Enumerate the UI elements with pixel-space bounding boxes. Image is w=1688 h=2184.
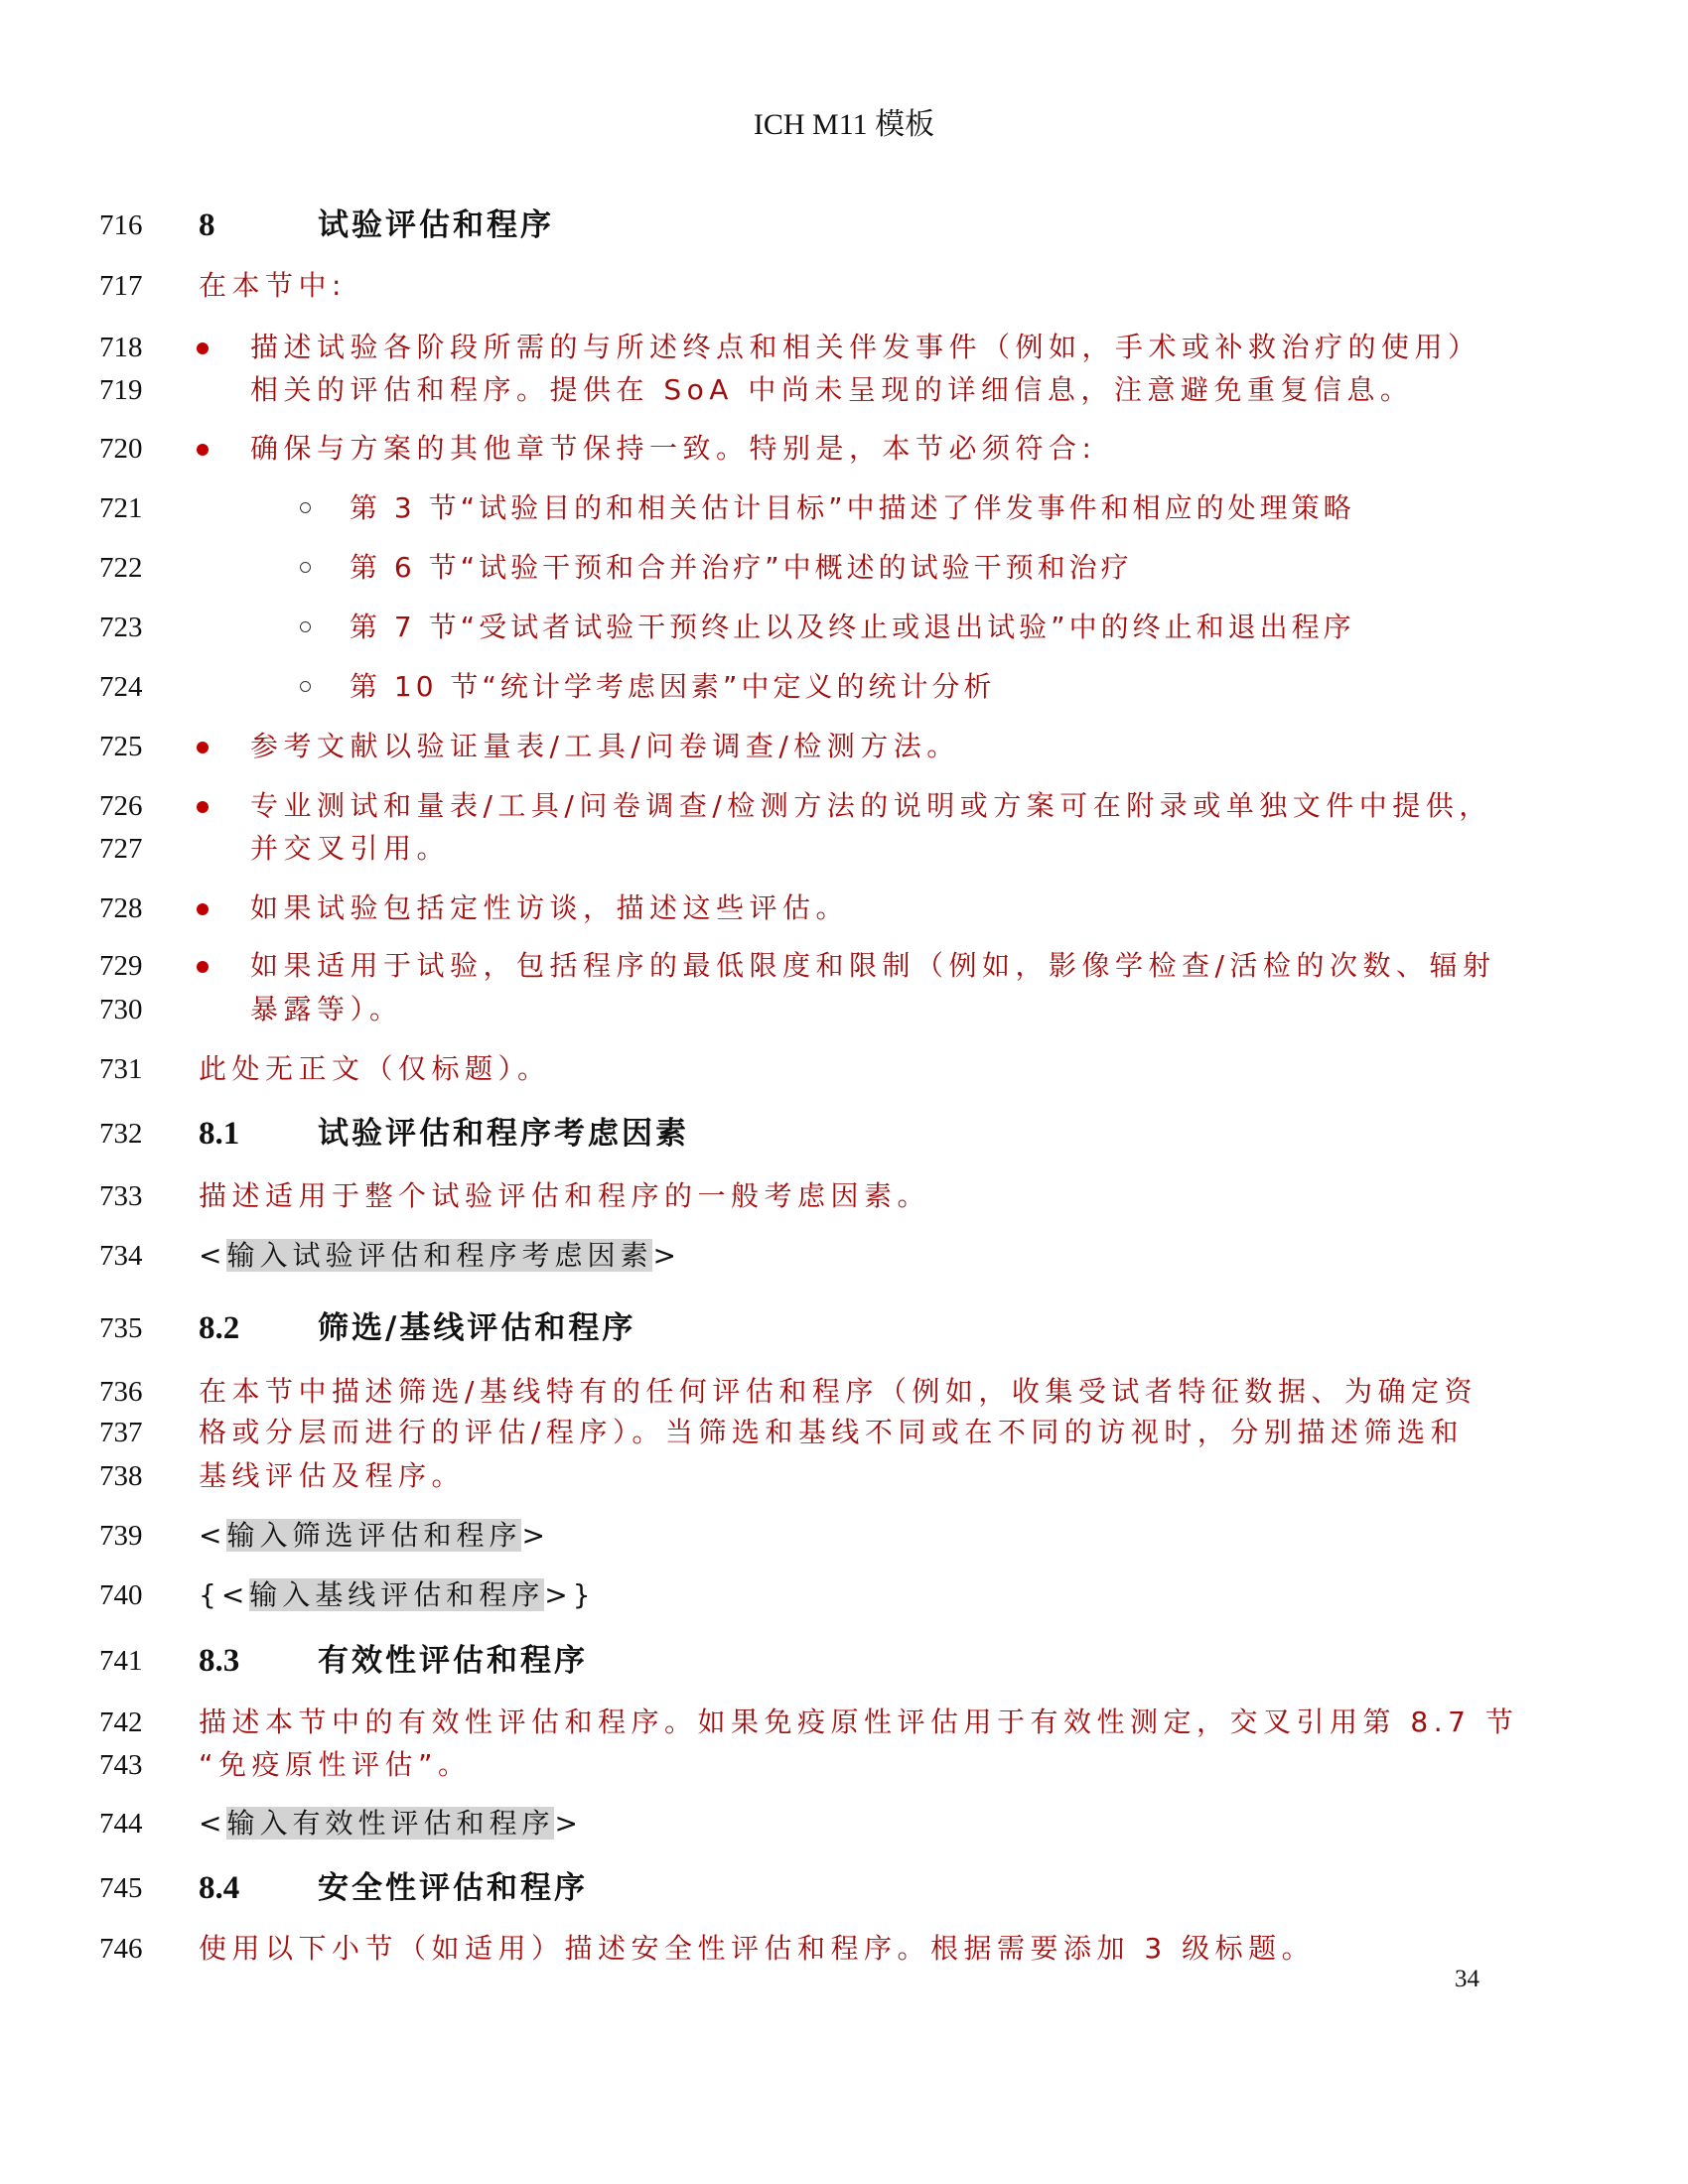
line-number: 726: [99, 786, 159, 826]
line-number: 734: [99, 1236, 159, 1276]
subbullet-line: 721 第 3 节“试验目的和相关估计目标”中描述了伴发事件和相应的处理策略: [0, 488, 1688, 528]
placeholder-line: 734 <输入试验评估和程序考虑因素>: [0, 1236, 1688, 1276]
line-number: 730: [99, 990, 159, 1029]
instruction-text: 基线评估及程序。: [199, 1456, 465, 1496]
line-number: 742: [99, 1703, 159, 1742]
hollow-bullet-icon: [300, 502, 311, 513]
instruction-line: 733 描述适用于整个试验评估和程序的一般考虑因素。: [0, 1176, 1688, 1216]
line-number: 736: [99, 1372, 159, 1412]
instruction-line: 737 格或分层而进行的评估/程序）。当筛选和基线不同或在不同的访视时，分别描述…: [0, 1413, 1688, 1452]
placeholder-line: 744 <输入有效性评估和程序>: [0, 1804, 1688, 1843]
bullet-line: 718 描述试验各阶段所需的与所述终点和相关伴发事件（例如，手术或补救治疗的使用…: [0, 328, 1688, 367]
placeholder-line: 740 {<输入基线评估和程序>}: [0, 1575, 1688, 1615]
instruction-text: 格或分层而进行的评估/程序）。当筛选和基线不同或在不同的访视时，分别描述筛选和: [199, 1413, 1464, 1452]
bullet-icon: [197, 444, 209, 456]
placeholder-line: 739 <输入筛选评估和程序>: [0, 1516, 1688, 1556]
line-number: 723: [99, 608, 159, 647]
line-number: 720: [99, 429, 159, 469]
placeholder-field[interactable]: <输入试验评估和程序考虑因素>: [199, 1236, 681, 1276]
placeholder-text[interactable]: 输入有效性评估和程序: [226, 1807, 554, 1840]
line-number: 717: [99, 266, 159, 306]
bullet-icon: [197, 961, 209, 973]
bullet-icon: [197, 801, 209, 813]
section-title: 试验评估和程序考虑因素: [318, 1114, 689, 1154]
line-number: 716: [99, 205, 159, 245]
placeholder-close-bracket: >}: [544, 1578, 595, 1611]
bullet-text: 如果适用于试验，包括程序的最低限度和限制（例如，影像学检查/活检的次数、辐射: [250, 946, 1495, 986]
page-number: 34: [1455, 1966, 1479, 1993]
line-number: 740: [99, 1575, 159, 1615]
subbullet-text: 第 3 节“试验目的和相关估计目标”中描述了伴发事件和相应的处理策略: [350, 488, 1355, 528]
bullet-text: 参考文献以验证量表/工具/问卷调查/检测方法。: [250, 727, 960, 766]
line-number: 718: [99, 328, 159, 367]
subbullet-text: 第 7 节“受试者试验干预终止以及终止或退出试验”中的终止和退出程序: [350, 608, 1355, 647]
bullet-continuation-line: 730 暴露等）。: [0, 990, 1688, 1029]
section-title: 安全性评估和程序: [318, 1868, 588, 1908]
instruction-text: 描述适用于整个试验评估和程序的一般考虑因素。: [199, 1176, 930, 1216]
heading-line: 716 8 试验评估和程序: [0, 205, 1688, 245]
section-number: 8.4: [199, 1868, 239, 1908]
instruction-line: 746 使用以下小节（如适用）描述安全性评估和程序。根据需要添加 3 级标题。: [0, 1929, 1688, 1969]
bullet-line: 725 参考文献以验证量表/工具/问卷调查/检测方法。: [0, 727, 1688, 766]
instruction-line: 717 在本节中:: [0, 266, 1688, 306]
line-number: 744: [99, 1804, 159, 1843]
heading-line: 741 8.3 有效性评估和程序: [0, 1641, 1688, 1681]
hollow-bullet-icon: [300, 562, 311, 573]
instruction-line: 742 描述本节中的有效性评估和程序。如果免疫原性评估用于有效性测定，交叉引用第…: [0, 1703, 1688, 1742]
instruction-line: 738 基线评估及程序。: [0, 1456, 1688, 1496]
instruction-text: 使用以下小节（如适用）描述安全性评估和程序。根据需要添加 3 级标题。: [199, 1929, 1315, 1969]
line-number: 721: [99, 488, 159, 528]
bullet-continuation-line: 727 并交叉引用。: [0, 829, 1688, 869]
section-title: 筛选/基线评估和程序: [318, 1308, 635, 1348]
line-number: 724: [99, 667, 159, 707]
line-number: 735: [99, 1308, 159, 1348]
line-number: 728: [99, 888, 159, 928]
bullet-text: 如果试验包括定性访谈，描述这些评估。: [250, 888, 849, 928]
section-title: 有效性评估和程序: [318, 1641, 588, 1681]
subbullet-text: 第 10 节“统计学考虑因素”中定义的统计分析: [350, 667, 995, 707]
line-number: 746: [99, 1929, 159, 1969]
line-number: 738: [99, 1456, 159, 1496]
bullet-line: 728 如果试验包括定性访谈，描述这些评估。: [0, 888, 1688, 928]
placeholder-close-bracket: >: [521, 1519, 549, 1552]
instruction-text: 描述本节中的有效性评估和程序。如果免疫原性评估用于有效性测定，交叉引用第 8.7…: [199, 1703, 1518, 1742]
bullet-text: 专业测试和量表/工具/问卷调查/检测方法的说明或方案可在附录或单独文件中提供，: [250, 786, 1492, 826]
subbullet-line: 723 第 7 节“受试者试验干预终止以及终止或退出试验”中的终止和退出程序: [0, 608, 1688, 647]
line-number: 745: [99, 1868, 159, 1908]
bullet-continuation-line: 719 相关的评估和程序。提供在 SoA 中尚未呈现的详细信息，注意避免重复信息…: [0, 370, 1688, 410]
bullet-text: 相关的评估和程序。提供在 SoA 中尚未呈现的详细信息，注意避免重复信息。: [250, 370, 1413, 410]
bullet-text: 确保与方案的其他章节保持一致。特别是，本节必须符合:: [250, 429, 1096, 469]
placeholder-text[interactable]: 输入试验评估和程序考虑因素: [226, 1239, 652, 1272]
subbullet-line: 722 第 6 节“试验干预和合并治疗”中概述的试验干预和治疗: [0, 548, 1688, 588]
instruction-text: 在本节中:: [199, 266, 347, 306]
bullet-text: 并交叉引用。: [250, 829, 450, 869]
section-number: 8.3: [199, 1641, 239, 1681]
section-number: 8.2: [199, 1308, 239, 1348]
line-number: 719: [99, 370, 159, 410]
section-title: 试验评估和程序: [318, 205, 554, 245]
placeholder-open-bracket: <: [199, 1519, 226, 1552]
line-number: 731: [99, 1049, 159, 1089]
instruction-line: 736 在本节中描述筛选/基线特有的任何评估和程序（例如，收集受试者特征数据、为…: [0, 1372, 1688, 1412]
hollow-bullet-icon: [300, 621, 311, 632]
line-number: 741: [99, 1641, 159, 1681]
subbullet-line: 724 第 10 节“统计学考虑因素”中定义的统计分析: [0, 667, 1688, 707]
subbullet-text: 第 6 节“试验干预和合并治疗”中概述的试验干预和治疗: [350, 548, 1133, 588]
heading-line: 735 8.2 筛选/基线评估和程序: [0, 1308, 1688, 1348]
bullet-text: 描述试验各阶段所需的与所述终点和相关伴发事件（例如，手术或补救治疗的使用）: [250, 328, 1481, 367]
instruction-line: 731 此处无正文（仅标题）。: [0, 1049, 1688, 1089]
placeholder-open-bracket: <: [199, 1239, 226, 1272]
page-header: ICH M11 模板: [0, 99, 1688, 143]
placeholder-text[interactable]: 输入筛选评估和程序: [226, 1519, 521, 1552]
bullet-icon: [197, 903, 209, 915]
bullet-line: 729 如果适用于试验，包括程序的最低限度和限制（例如，影像学检查/活检的次数、…: [0, 946, 1688, 986]
instruction-text: “免疫原性评估”。: [199, 1745, 472, 1785]
placeholder-open-bracket: <: [199, 1807, 226, 1840]
bullet-text: 暴露等）。: [250, 990, 403, 1029]
optional-placeholder-field[interactable]: {<输入基线评估和程序>}: [199, 1575, 596, 1615]
line-number: 722: [99, 548, 159, 588]
line-number: 727: [99, 829, 159, 869]
bullet-icon: [197, 742, 209, 753]
placeholder-close-bracket: >: [554, 1807, 582, 1840]
line-number: 729: [99, 946, 159, 986]
instruction-text: 此处无正文（仅标题）。: [199, 1049, 551, 1089]
bullet-line: 720 确保与方案的其他章节保持一致。特别是，本节必须符合:: [0, 429, 1688, 469]
instruction-line: 743 “免疫原性评估”。: [0, 1745, 1688, 1785]
line-number: 732: [99, 1114, 159, 1154]
line-number: 725: [99, 727, 159, 766]
hollow-bullet-icon: [300, 681, 311, 692]
placeholder-close-bracket: >: [652, 1239, 680, 1272]
heading-line: 732 8.1 试验评估和程序考虑因素: [0, 1114, 1688, 1154]
line-number: 743: [99, 1745, 159, 1785]
heading-line: 745 8.4 安全性评估和程序: [0, 1868, 1688, 1908]
placeholder-open-bracket: {<: [199, 1578, 249, 1611]
placeholder-field[interactable]: <输入有效性评估和程序>: [199, 1804, 583, 1843]
section-number: 8: [199, 205, 215, 245]
bullet-line: 726 专业测试和量表/工具/问卷调查/检测方法的说明或方案可在附录或单独文件中…: [0, 786, 1688, 826]
placeholder-field[interactable]: <输入筛选评估和程序>: [199, 1516, 550, 1556]
instruction-text: 在本节中描述筛选/基线特有的任何评估和程序（例如，收集受试者特征数据、为确定资: [199, 1372, 1477, 1412]
line-number: 737: [99, 1413, 159, 1452]
line-number: 739: [99, 1516, 159, 1556]
section-number: 8.1: [199, 1114, 239, 1154]
bullet-icon: [197, 342, 209, 354]
line-number: 733: [99, 1176, 159, 1216]
placeholder-text[interactable]: 输入基线评估和程序: [249, 1578, 544, 1611]
